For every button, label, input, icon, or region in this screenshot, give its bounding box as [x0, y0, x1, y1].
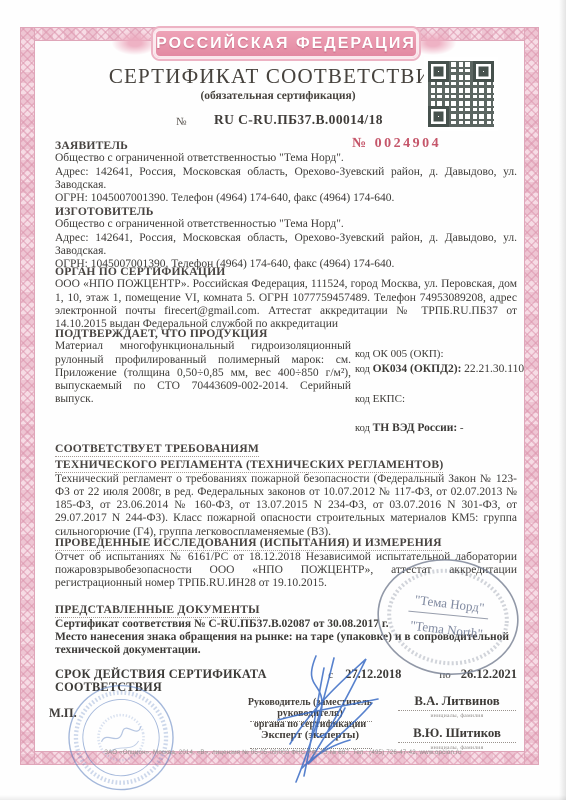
code-okpd2-label: ОК034 (ОКПД2): [373, 363, 462, 375]
section-manufacturer: ИЗГОТОВИТЕЛЬ Общество с ограниченной отв… [55, 205, 517, 271]
code-prefix: код [355, 423, 370, 434]
code-prefix: код [355, 394, 370, 405]
certificate-page: РОССИЙСКАЯ ФЕДЕРАЦИЯ СЕРТИФИКАТ СООТВЕТС… [0, 0, 566, 800]
qr-finder-icon [428, 106, 449, 127]
code-prefix: код [355, 364, 370, 375]
product-header: ПОДТВЕРЖДАЕТ, ЧТО ПРОДУКЦИЯ [55, 327, 517, 340]
validity-to-label: по [439, 669, 450, 682]
validity-header: СРОК ДЕЙСТВИЯ СЕРТИФИКАТА СООТВЕТСТВИЯ [55, 668, 318, 695]
cert-number-label: № [176, 116, 187, 128]
code-okpd2-row: код ОК034 (ОКПД2): 22.21.30.110 [355, 363, 524, 376]
tests-text: Отчет об испытаниях № 6161/РС от 18.12.2… [55, 551, 517, 591]
product-description: Материал многофункциональный гидроизоляц… [55, 340, 351, 406]
head-name-caption: инициалы, фамилия [398, 713, 516, 719]
documents-line2: Место нанесения знака обращения на рынке… [55, 631, 517, 658]
qr-finder-icon [473, 61, 494, 82]
country-banner: РОССИЙСКАЯ ФЕДЕРАЦИЯ [153, 28, 419, 59]
head-signature-line [250, 721, 372, 722]
head-name: В.А. Литвинов [398, 694, 516, 711]
stamp-place-label: М.П. [49, 706, 77, 721]
section-applicant: ЗАЯВИТЕЛЬ Общество с ограниченной ответс… [55, 139, 517, 205]
validity-from-label: с [328, 669, 333, 682]
banner-ornament-left [112, 31, 158, 55]
validity-from-date: 27.12.2018 [345, 668, 401, 681]
section-requirements: СООТВЕТСТВУЕТ ТРЕБОВАНИЯМ ТЕХНИЧЕСКОГО Р… [55, 442, 517, 539]
manufacturer-header: ИЗГОТОВИТЕЛЬ [55, 205, 517, 218]
expert-name: В.Ю. Шитиков [398, 726, 516, 743]
applicant-header: ЗАЯВИТЕЛЬ [55, 139, 517, 152]
code-okp-label: ОК 005 (ОКП): [373, 348, 444, 360]
head-signature-label-line1: Руководитель (заместитель руководителя) [222, 697, 398, 719]
section-documents: ПРЕДСТАВЛЕННЫЕ ДОКУМЕНТЫ Сертификат соот… [55, 603, 517, 658]
cert-number: RU C-RU.ПБ37.В.00014/18 [214, 112, 383, 128]
code-tnved-value: - [460, 422, 464, 434]
certification-body-header: ОРГАН ПО СЕРТИФИКАЦИИ [55, 265, 517, 278]
requirements-subheader: ТЕХНИЧЕСКОГО РЕГЛАМЕНТА (ТЕХНИЧЕСКИХ РЕГ… [55, 458, 443, 473]
code-okp-row: код ОК 005 (ОКП): [355, 348, 444, 361]
code-ekps-label: ЕКПС: [373, 393, 405, 405]
expert-signature-label: Эксперт (эксперты) [222, 729, 398, 741]
certification-body-text: ООО «НПО ПОЖЦЕНТР». Российская Федерация… [55, 278, 517, 331]
page-edge-shadow [0, 795, 566, 800]
code-ekps-row: код ЕКПС: [355, 393, 405, 406]
code-tnved-label: ТН ВЭД России: [373, 422, 458, 434]
code-prefix: код [355, 349, 370, 360]
tests-header: ПРОВЕДЕННЫЕ ИССЛЕДОВАНИЯ (ИСПЫТАНИЯ) И И… [55, 536, 442, 551]
requirements-header: СООТВЕТСТВУЕТ ТРЕБОВАНИЯМ [55, 442, 259, 457]
applicant-address: Адрес: 142641, Россия, Московская област… [55, 166, 517, 193]
documents-line1: Сертификат соответствия № C-RU.ПБ37.В.02… [55, 618, 517, 631]
section-tests: ПРОВЕДЕННЫЕ ИССЛЕДОВАНИЯ (ИСПЫТАНИЯ) И И… [55, 536, 517, 591]
section-validity: СРОК ДЕЙСТВИЯ СЕРТИФИКАТА СООТВЕТСТВИЯ с… [55, 668, 517, 695]
requirements-text: Технический регламент о требованиях пожа… [55, 473, 517, 539]
documents-header: ПРЕДСТАВЛЕННЫЕ ДОКУМЕНТЫ [55, 603, 260, 618]
code-okpd2-value: 22.21.30.110 [464, 363, 524, 375]
section-certification-body: ОРГАН ПО СЕРТИФИКАЦИИ ООО «НПО ПОЖЦЕНТР»… [55, 265, 517, 331]
country-banner-label: РОССИЙСКАЯ ФЕДЕРАЦИЯ [156, 35, 416, 53]
applicant-ogrn: ОГРН: 1045007001390. Телефон (4964) 174-… [55, 192, 517, 205]
border-left [20, 27, 35, 765]
code-tnved-row: код ТН ВЭД России: - [355, 422, 464, 435]
head-signature-label: Руководитель (заместитель руководителя) … [222, 697, 398, 730]
border-right [524, 27, 539, 765]
qr-code [424, 57, 498, 131]
page-edge-shadow [559, 0, 566, 800]
validity-to-date: 26.12.2021 [461, 668, 517, 681]
applicant-name: Общество с ограниченной ответственностью… [55, 152, 517, 165]
qr-finder-icon [428, 61, 449, 82]
printer-imprint: ЗАО «Опцион», Москва, 2014, «В», лицензи… [75, 749, 491, 756]
manufacturer-address: Адрес: 142641, Россия, Московская област… [55, 232, 517, 259]
manufacturer-name: Общество с ограниченной ответственностью… [55, 218, 517, 231]
